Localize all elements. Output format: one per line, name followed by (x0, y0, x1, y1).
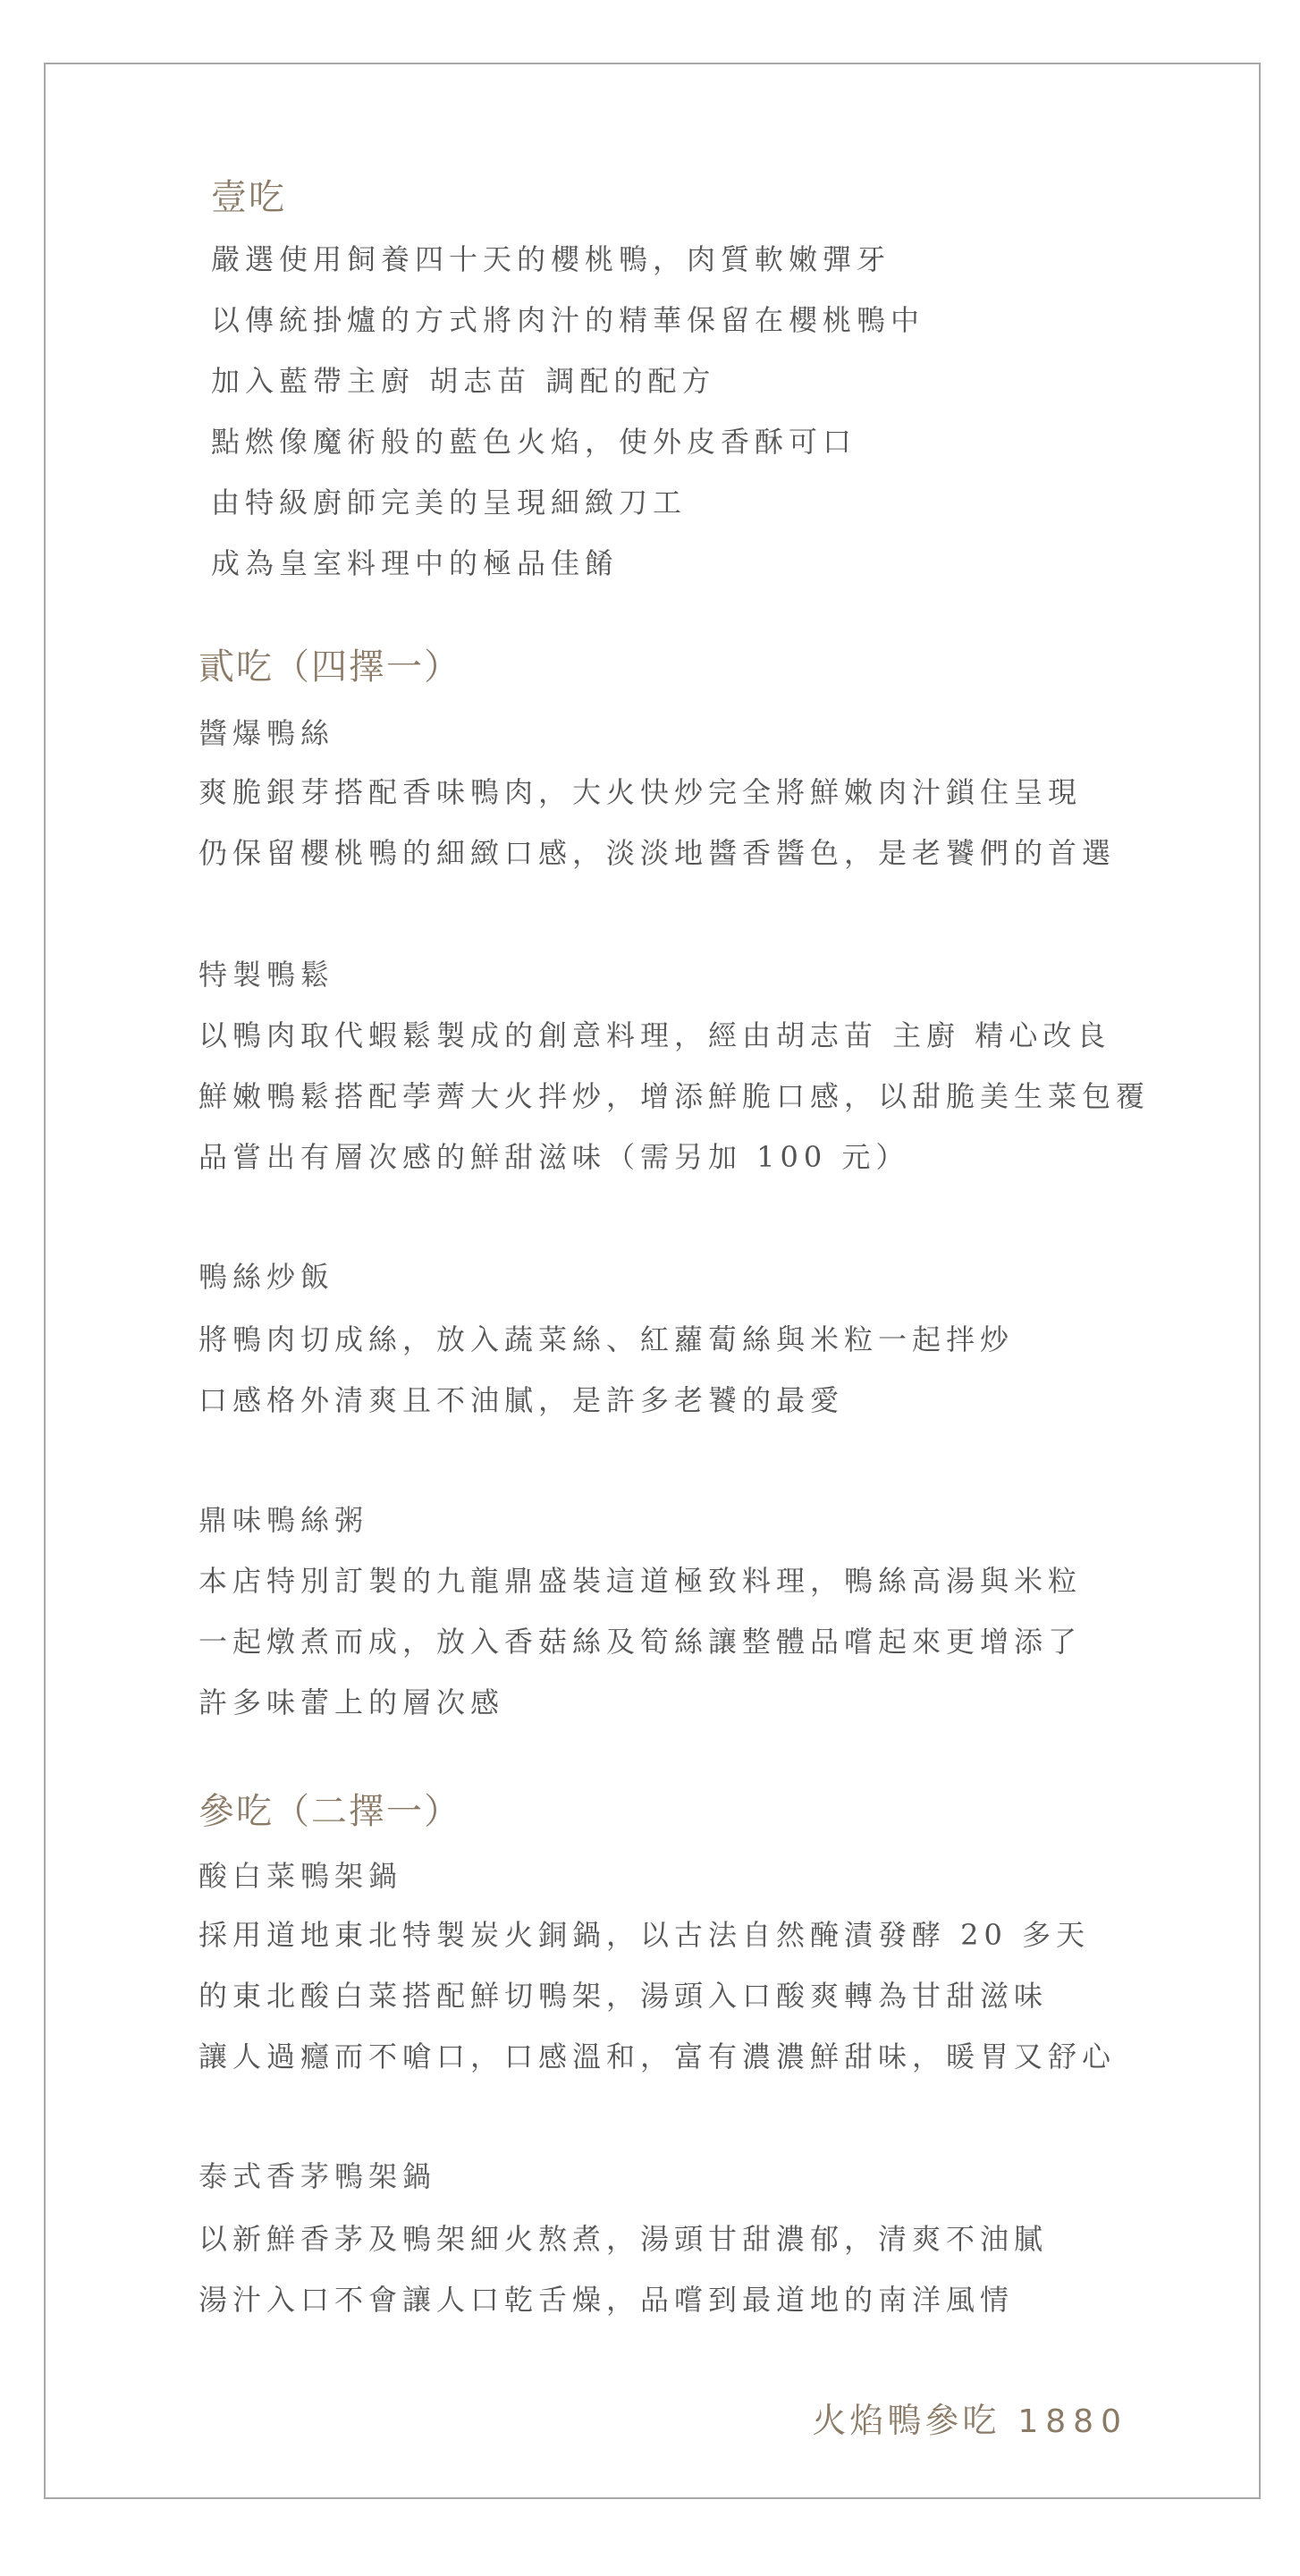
section-2: 貳吃（四擇一） (198, 644, 461, 690)
section-1: 壹吃 (211, 174, 286, 221)
description-line: 爽脆銀芽搭配香味鴨肉，大火快炒完全將鮮嫩肉汁鎖住呈現 (198, 774, 1116, 835)
description-line: 以鴨肉取代蝦鬆製成的創意料理，經由胡志苗 主廚 精心改良 (198, 1018, 1150, 1078)
section-3: 參吃（二擇一） (198, 1788, 461, 1835)
description-line: 以新鮮香茅及鴨架細火熬煮，湯頭甘甜濃郁，清爽不油膩 (198, 2221, 1048, 2282)
dish-description: 本店特別訂製的九龍鼎盛裝這道極致料理，鴨絲高湯與米粒 一起燉煮而成，放入香菇絲及… (198, 1563, 1082, 1745)
dish-jiangbao-yasi: 醬爆鴨絲 (198, 715, 334, 751)
dish-dingwei-yasi-zhou: 鼎味鴨絲粥 (198, 1502, 368, 1538)
dish-tezhi-yasong: 特製鴨鬆 (198, 957, 334, 992)
description-line: 本店特別訂製的九龍鼎盛裝這道極致料理，鴨絲高湯與米粒 (198, 1563, 1082, 1624)
description-line: 的東北酸白菜搭配鮮切鴨架，湯頭入口酸爽轉為甘甜滋味 (198, 1978, 1116, 2039)
section-2-heading: 貳吃（四擇一） (198, 644, 461, 690)
section-1-heading: 壹吃 (211, 174, 286, 221)
dish-description: 將鴨肉切成絲，放入蔬菜絲、紅蘿蔔絲與米粒一起拌炒 口感格外清爽且不油膩，是許多老… (198, 1322, 1014, 1443)
price-value: 1880 (1017, 2403, 1128, 2440)
description-line: 點燃像魔術般的藍色火焰，使外皮香酥可口 (211, 424, 924, 485)
set-title: 火焰鴨參吃 (812, 2401, 1000, 2440)
dish-description: 以新鮮香茅及鴨架細火熬煮，湯頭甘甜濃郁，清爽不油膩 湯汁入口不會讓人口乾舌燥，品… (198, 2221, 1048, 2343)
description-line: 將鴨肉切成絲，放入蔬菜絲、紅蘿蔔絲與米粒一起拌炒 (198, 1322, 1014, 1382)
dish-name: 特製鴨鬆 (198, 957, 334, 992)
set-price: 火焰鴨參吃1880 (812, 2393, 1128, 2442)
description-line: 採用道地東北特製炭火銅鍋，以古法自然醃漬發酵 20 多天 (198, 1917, 1116, 1978)
dish-description: 爽脆銀芽搭配香味鴨肉，大火快炒完全將鮮嫩肉汁鎖住呈現 仍保留櫻桃鴨的細緻口感，淡… (198, 774, 1116, 896)
section-1-description: 嚴選使用飼養四十天的櫻桃鴨，肉質軟嫩彈牙 以傳統掛爐的方式將肉汁的精華保留在櫻桃… (211, 241, 924, 606)
section-3-heading: 參吃（二擇一） (198, 1788, 461, 1835)
description-line: 讓人過癮而不嗆口，口感溫和，富有濃濃鮮甜味，暖胃又舒心 (198, 2039, 1116, 2099)
dish-name: 醬爆鴨絲 (198, 715, 334, 751)
description-line: 品嘗出有層次感的鮮甜滋味（需另加 100 元） (198, 1139, 1150, 1200)
description-line: 由特級廚師完美的呈現細緻刀工 (211, 485, 924, 545)
dish-name: 鼎味鴨絲粥 (198, 1502, 368, 1538)
dish-description: 採用道地東北特製炭火銅鍋，以古法自然醃漬發酵 20 多天 的東北酸白菜搭配鮮切鴨… (198, 1917, 1116, 2099)
dish-name: 泰式香茅鴨架鍋 (198, 2158, 436, 2194)
description-line: 許多味蕾上的層次感 (198, 1685, 1082, 1745)
description-line: 加入藍帶主廚 胡志苗 調配的配方 (211, 363, 924, 424)
description-line: 仍保留櫻桃鴨的細緻口感，淡淡地醬香醬色，是老饕們的首選 (198, 835, 1116, 896)
dish-taishi-xiangmao-yajia-guo: 泰式香茅鴨架鍋 (198, 2158, 436, 2194)
dish-description: 以鴨肉取代蝦鬆製成的創意料理，經由胡志苗 主廚 精心改良 鮮嫩鴨鬆搭配荸薺大火拌… (198, 1018, 1150, 1200)
dish-yasi-chaofan: 鴨絲炒飯 (198, 1259, 334, 1295)
description-line: 成為皇室料理中的極品佳餚 (211, 545, 924, 606)
description-line: 一起燉煮而成，放入香菇絲及筍絲讓整體品嚐起來更增添了 (198, 1624, 1082, 1685)
description-line: 口感格外清爽且不油膩，是許多老饕的最愛 (198, 1382, 1014, 1443)
dish-suanbaicai-yajia-guo: 酸白菜鴨架鍋 (198, 1858, 402, 1894)
description-line: 湯汁入口不會讓人口乾舌燥，品嚐到最道地的南洋風情 (198, 2282, 1048, 2343)
description-line: 嚴選使用飼養四十天的櫻桃鴨，肉質軟嫩彈牙 (211, 241, 924, 302)
dish-name: 酸白菜鴨架鍋 (198, 1858, 402, 1894)
description-line: 鮮嫩鴨鬆搭配荸薺大火拌炒，增添鮮脆口感，以甜脆美生菜包覆 (198, 1078, 1150, 1139)
description-line: 以傳統掛爐的方式將肉汁的精華保留在櫻桃鴨中 (211, 302, 924, 363)
dish-name: 鴨絲炒飯 (198, 1259, 334, 1295)
